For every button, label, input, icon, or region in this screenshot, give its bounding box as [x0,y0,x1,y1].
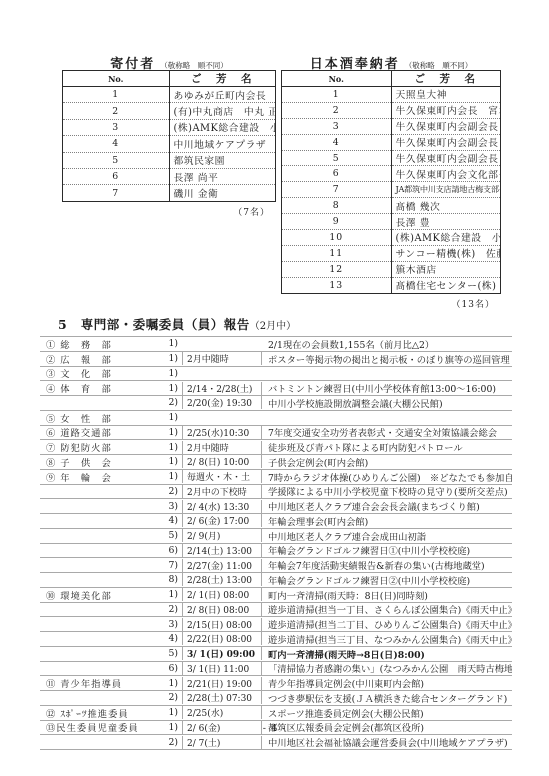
report-item-number: 1) [168,427,182,438]
report-desc-cell: 学援隊による中川小学校児童下校時の見守り(要所交差点) [262,484,512,498]
report-row: 4) 2/ 6(金) 17:00 年輪会理事会(町内会館) [40,514,512,529]
report-row: 7) 2/27(金) 11:00 年輪会7年度活動実績報告&新春の集い(古梅地蔵… [40,558,512,573]
report-row: ⑫ ｽﾎﾟｰﾂ推進委員 1) 2/25(水) スポーツ推進委員定例会(大棚公民館… [40,706,512,721]
report-dept-cell: ⑥ 道路交通部 1) [40,425,182,439]
report-date-cell: 3/ 1(日) 11:00 [182,662,262,675]
donor-name: あゆみが丘町内会長 松澤 宏 [169,87,276,103]
report-date-cell: 2/28(土) 13:00 [182,573,262,586]
report-desc-cell: 中川小学校施設開放調整会議(大棚公民館) [262,396,512,410]
sake-donor-no: 3 [282,118,392,134]
report-date-cell: 3/ 1(日) 09:00 [182,647,262,660]
report-row: 8) 2/28(土) 13:00 年輪会グランドゴルフ練習日②(中川小学校校庭) [40,573,512,588]
report-dept-cell: 2) [40,737,182,748]
sake-donor-name: 髙橋住宅センター(株) 髙橋 濟 [391,277,501,293]
sake-donor-no: 12 [282,261,392,277]
donor-row: 2 (有)中丸商店 中丸 正 [63,103,276,119]
section-title: 専門部・委嘱委員（員）報告 [81,315,250,333]
report-dept-cell: ⑪ 青少年指導員 1) [40,676,182,690]
report-dept-cell: 7) [40,560,182,571]
section-heading: 5 専門部・委嘱委員（員）報告 （2月中） [58,315,296,333]
report-row: 2) 2/28(土) 07:30 つづき夢駅伝を支援(ＪＡ横浜きた総合センターグ… [40,691,512,706]
report-item-number: 2) [168,486,182,497]
report-desc-cell: 7時からラジオ体操(ひめりんご公園) ※どなたでも参加自由 [262,470,512,484]
report-desc-cell: 年輪会理事会(町内会館) [262,514,512,528]
report-date-cell: 2月中随時 [182,441,262,454]
donor-no: 4 [63,136,170,152]
donor-row: 1 あゆみが丘町内会長 松澤 宏 [63,87,276,103]
donors-title-note: （敬称略 順不同） [160,60,228,71]
report-item-number: 1) [168,368,182,379]
report-dept-cell: 3) [40,619,182,630]
report-dept-cell: ⑤ 女 性 部 1) [40,411,182,425]
report-row: 2) 2月中の下校時 学援隊による中川小学校児童下校時の見守り(要所交差点) [40,485,512,500]
sake-donor-name: 長澤 豊 [391,214,501,230]
report-dept-label: ⑫ ｽﾎﾟｰﾂ推進委員 [46,706,129,720]
report-row: ② 広 報 部 1) 2月中随時 ポスター等掲示物の掲出と掲示板・のぼり旗等の巡… [40,352,512,367]
section-number: 5 [58,317,67,332]
report-desc-cell: 中川地区老人クラブ連合会成田山初詣 [262,529,512,543]
report-dept-cell: ④ 体 育 部 1) [40,381,182,395]
report-item-number: 1) [168,707,182,718]
report-dept-label: ③ 文 化 部 [46,366,112,380]
sake-donor-row: 7 JA都筑中川支店請地古梅支部長 長澤淳 [282,182,501,198]
report-row: ⑤ 女 性 部 1) [40,411,512,426]
sake-donor-row: 10 (株)AMK総合建設 小黒 雄治 [282,230,501,246]
report-dept-label: ⑥ 道路交通部 [46,425,112,439]
report-desc-cell: スポーツ推進委員定例会(大棚公民館) [262,706,512,720]
report-row: ⑩ 環境美化部 1) 2/ 1(日) 08:00 町内一斉清掃(雨天時：8日(日… [40,588,512,603]
report-date-cell: 2/20(金) 19:30 [182,396,262,409]
report-dept-label: ② 広 報 部 [46,352,112,366]
report-desc-cell: 7年度交通安全功労者表彰式・交通安全対策協議会総会 [262,425,512,439]
report-row: 3) 2/15(日) 08:00 遊歩道清掃(担当二丁目、ひめりんご公園集合)《… [40,617,512,632]
report-desc-cell: バトミントン練習日(中川小学校体育館13:00〜16:00) [262,381,512,395]
donor-name: (株)AMK総合建設 小黒 雄治 [169,119,276,135]
report-row: 5) 3/ 1(日) 09:00 町内一斉清掃(雨天時→8日(日)8:00) [40,647,512,662]
report-dept-cell: 4) [40,515,182,526]
report-dept-cell: 2) [40,604,182,615]
sake-donor-name: (株)AMK総合建設 小黒 雄治 [391,230,501,246]
report-dept-cell: ① 総 務 部 1) [40,337,182,351]
report-dept-cell: ⑨ 年 輪 会 1) [40,470,182,484]
report-item-number: 1) [168,383,182,394]
report-item-number: 1) [168,678,182,689]
report-desc-cell: 中川地区老人クラブ連合会会長会議(まちづくり館) [262,499,512,513]
sake-donor-no: 8 [282,198,392,214]
sake-donor-name: 髙橋 幾次 [391,198,501,214]
donor-row: 7 磯川 金衛 [63,185,276,201]
report-item-number: 1) [168,442,182,453]
report-row: ① 総 務 部 1) 2/1現在の会員数1,155名（前月比△2） [40,337,512,352]
report-item-number: 6) [168,545,182,556]
report-row: 3) 2/ 4(水) 13:30 中川地区老人クラブ連合会会長会議(まちづくり館… [40,499,512,514]
report-item-number: 5) [168,530,182,541]
sake-donor-no: 2 [282,102,392,118]
sake-donor-name: 牛久保東町内会長 宮本 毅 [391,102,501,118]
sake-donor-no: 1 [282,87,392,103]
report-item-number: 1) [168,412,182,423]
sake-donor-row: 5 牛久保東町内会副会長 浅川 弘子 [282,150,501,166]
report-row: 4) 2/22(日) 08:00 遊歩道清掃(担当三丁目、なつみかん公園集合)《… [40,632,512,647]
report-item-number: 1) [168,456,182,467]
report-item-number: 4) [168,633,182,644]
report-date-cell: 2/21(日) 19:00 [182,677,262,690]
report-row: ⑦ 防犯防火部 1) 2月中随時 徒歩班及び青パト隊による町内防犯パトロール [40,440,512,455]
page-number: - 4 - [0,723,549,734]
sake-donor-name: 牛久保東町内会副会長 川上 清 [391,118,501,134]
section-period: （2月中） [250,317,296,332]
report-date-cell: 2/14・2/28(土) [182,382,262,395]
sake-donor-name: JA都筑中川支店請地古梅支部長 長澤淳 [391,182,501,198]
donors-title-text: 寄付者 [110,53,155,72]
report-row: 2) 2/ 8(日) 08:00 遊歩道清掃(担当一丁目、さくらんぼ公園集合)《… [40,603,512,618]
report-dept-cell: 6) [40,545,182,556]
sake-donor-name: サンコー精機(株) 佐藤 滋 [391,245,501,261]
report-desc-cell: 青少年指導員定例会(中川東町内会館) [262,676,512,690]
donor-no: 5 [63,152,170,168]
sake-donor-no: 13 [282,277,392,293]
sake-donor-row: 11 サンコー精機(株) 佐藤 滋 [282,245,501,261]
sake-donor-name: 牛久保東町内会文化部長 劉 鋭 [391,166,501,182]
donors-table: 寄付者 （敬称略 順不同） No. ご 芳 名 1 あゆみが丘町内会長 松澤 宏… [62,53,276,218]
report-desc-cell: 町内一斉清掃(雨天時：8日(日)同時刻) [262,588,512,602]
report-desc-cell: 年輪会グランドゴルフ練習日②(中川小学校校庭) [262,573,512,587]
report-dept-cell: 8) [40,574,182,585]
report-desc-cell: 中川地区社会福祉協議会運営委員会(中川地域ケアプラザ) [262,735,512,749]
report-dept-cell: 2) [40,692,182,703]
report-item-number: 3) [168,501,182,512]
report-desc-cell: 徒歩班及び青パト隊による町内防犯パトロール [262,440,512,454]
report-desc-cell: 年輪会7年度活動実績報告&新春の集い(古梅地蔵堂) [262,558,512,572]
report-date-cell: 2/25(水) [182,706,262,719]
sake-donor-no: 11 [282,245,392,261]
sake-donor-name: 天照皇大神 [391,87,501,103]
donor-name: 長澤 尚平 [169,168,276,184]
sake-donors-table: 日本酒奉納者 （敬称略 順不同） No. ご 芳 名 1 天照皇大神 2 牛久保… [281,53,501,310]
sake-header-row: No. ご 芳 名 [282,71,501,87]
donor-name: 都筑民家園 [169,152,276,168]
report-date-cell: 2/ 6(金) 17:00 [182,514,262,527]
report-dept-label: ⑦ 防犯防火部 [46,440,112,454]
report-date-cell: 2/22(日) 08:00 [182,632,262,645]
report-date-cell: 2/ 1(日) 08:00 [182,588,262,601]
report-dept-cell: ⑧ 子 供 会 1) [40,455,182,469]
report-desc-cell: 遊歩道清掃(担当一丁目、さくらんぼ公園集合)《雨天中止》 [262,602,512,616]
report-dept-label: ① 総 務 部 [46,337,112,351]
report-desc-cell: 町内一斉清掃(雨天時→8日(日)8:00) [262,647,512,661]
sake-donor-row: 8 髙橋 幾次 [282,198,501,214]
report-date-cell: 2/28(土) 07:30 [182,691,262,704]
sake-donor-row: 1 天照皇大神 [282,87,501,103]
sake-donor-name: 牛久保東町内会副会長 髙橋 濟 [391,134,501,150]
sake-donor-row: 6 牛久保東町内会文化部長 劉 鋭 [282,166,501,182]
report-dept-cell: 2) [40,486,182,497]
report-dept-label: ⑤ 女 性 部 [46,411,112,425]
sake-title-text: 日本酒奉納者 [310,53,400,72]
sake-donor-no: 6 [282,166,392,182]
report-desc-cell: 遊歩道清掃(担当三丁目、なつみかん公園集合)《雨天中止》 [262,632,512,646]
donor-name: 磯川 金衛 [169,185,276,201]
report-desc-cell: 2/1現在の会員数1,155名（前月比△2） [262,337,512,351]
report-item-number: 2) [168,604,182,615]
report-dept-label: ④ 体 育 部 [46,381,112,395]
report-date-cell: 2/ 4(水) 13:30 [182,500,262,513]
donor-no: 1 [63,87,170,103]
sake-donor-no: 4 [282,134,392,150]
report-item-number: 1) [168,338,182,349]
sake-donor-name: 簱木酒店 [391,261,501,277]
report-desc-cell: 遊歩道清掃(担当二丁目、ひめりんご公園集合)《雨天中止》 [262,617,512,631]
report-dept-label: ⑨ 年 輪 会 [46,470,112,484]
report-row: ⑨ 年 輪 会 1) 毎週火・木・土 7時からラジオ体操(ひめりんご公園) ※ど… [40,470,512,485]
sake-donor-no: 9 [282,214,392,230]
report-row: 5) 2/ 9(月) 中川地区老人クラブ連合会成田山初詣 [40,529,512,544]
report-dept-label: ⑪ 青少年指導員 [46,676,122,690]
sake-donor-row: 9 長澤 豊 [282,214,501,230]
donor-row: 5 都筑民家園 [63,152,276,168]
donor-no: 7 [63,185,170,201]
report-item-number: 1) [168,589,182,600]
report-desc-cell: ポスター等掲示物の掲出と掲示板・のぼり旗等の巡回管理 [262,352,512,366]
report-row: 2) 2/ 7(土) 中川地区社会福祉協議会運営委員会(中川地域ケアプラザ) [40,735,512,750]
sake-donor-row: 4 牛久保東町内会副会長 髙橋 濟 [282,134,501,150]
report-item-number: 3) [168,619,182,630]
report-date-cell: 2/ 8(日) 08:00 [182,603,262,616]
report-dept-cell: ⑩ 環境美化部 1) [40,588,182,602]
sake-col-name: ご 芳 名 [391,71,501,87]
report-date-cell: 2/ 7(土) [182,736,262,749]
sake-col-no: No. [282,71,392,87]
report-item-number: 2) [168,397,182,408]
report-dept-cell: ② 広 報 部 1) [40,352,182,366]
sake-donor-no: 7 [282,182,392,198]
donor-row: 3 (株)AMK総合建設 小黒 雄治 [63,119,276,135]
report-row: 2) 2/20(金) 19:30 中川小学校施設開放調整会議(大棚公民館) [40,396,512,411]
sake-donor-no: 5 [282,150,392,166]
report-item-number: 7) [168,560,182,571]
report-dept-cell: 5) [40,648,182,659]
donors-grid: No. ご 芳 名 1 あゆみが丘町内会長 松澤 宏 2 (有)中丸商店 中丸 … [62,70,276,202]
sake-donor-row: 3 牛久保東町内会副会長 川上 清 [282,118,501,134]
report-dept-cell: ③ 文 化 部 1) [40,366,182,380]
report-dept-label: ⑩ 環境美化部 [46,588,112,602]
report-row: ⑧ 子 供 会 1) 2/ 8(日) 10:00 子供会定例会(町内会館) [40,455,512,470]
donor-name: 中川地域ケアプラザ [169,136,276,152]
report-date-cell: 2/15(日) 08:00 [182,618,262,631]
report-dept-cell: 2) [40,397,182,408]
sake-count: （13名） [281,297,501,310]
report-row: ③ 文 化 部 1) [40,367,512,382]
report-row: ⑪ 青少年指導員 1) 2/21(日) 19:00 青少年指導員定例会(中川東町… [40,676,512,691]
report-row: ⑥ 道路交通部 1) 2/25(水)10:30 7年度交通安全功労者表彰式・交通… [40,426,512,441]
report-item-number: 2) [168,737,182,748]
report-dept-cell: 3) [40,501,182,512]
document-page: 寄付者 （敬称略 順不同） No. ご 芳 名 1 あゆみが丘町内会長 松澤 宏… [0,0,549,776]
report-row: ④ 体 育 部 1) 2/14・2/28(土) バトミントン練習日(中川小学校体… [40,381,512,396]
report-desc-cell: 「清掃協力者感謝の集い」(なつみかん公園 雨天時古梅地蔵堂) [262,661,512,675]
report-item-number: 1) [168,471,182,482]
donor-name: (有)中丸商店 中丸 正 [169,103,276,119]
report-dept-cell: ⑫ ｽﾎﾟｰﾂ推進委員 1) [40,706,182,720]
report-date-cell: 2月中随時 [182,352,262,365]
report-dept-cell: 4) [40,633,182,644]
report-dept-cell: ⑦ 防犯防火部 1) [40,440,182,454]
report-item-number: 8) [168,574,182,585]
donor-no: 6 [63,168,170,184]
donors-col-no: No. [63,71,170,87]
donors-header-row: No. ご 芳 名 [63,71,276,87]
report-row: 6) 2/14(土) 13:00 年輪会グランドゴルフ練習日①(中川小学校校庭) [40,544,512,559]
sake-grid: No. ご 芳 名 1 天照皇大神 2 牛久保東町内会長 宮本 毅 3 牛久保東… [281,70,501,294]
donor-row: 6 長澤 尚平 [63,168,276,184]
donor-no: 3 [63,119,170,135]
report-dept-cell: 6) [40,663,182,674]
sake-title-note: （敬称略 順不同） [405,60,473,71]
report-item-number: 5) [168,648,182,659]
donor-row: 4 中川地域ケアプラザ [63,136,276,152]
donor-no: 2 [63,103,170,119]
report-item-number: 6) [168,663,182,674]
report-desc-cell: 年輪会グランドゴルフ練習日①(中川小学校校庭) [262,543,512,557]
sake-donor-no: 10 [282,230,392,246]
sake-donor-row: 13 髙橋住宅センター(株) 髙橋 濟 [282,277,501,293]
report-table: ① 総 務 部 1) 2/1現在の会員数1,155名（前月比△2） ② 広 報 … [40,336,512,750]
donors-title: 寄付者 （敬称略 順不同） [62,53,276,70]
report-row: 6) 3/ 1(日) 11:00 「清掃協力者感謝の集い」(なつみかん公園 雨天… [40,662,512,677]
report-dept-cell: 5) [40,530,182,541]
donors-count: （7名） [62,205,276,218]
sake-title: 日本酒奉納者 （敬称略 順不同） [281,53,501,70]
report-date-cell: 2/25(水)10:30 [182,426,262,439]
donors-col-name: ご 芳 名 [169,71,276,87]
report-item-number: 1) [168,353,182,364]
report-desc-cell: つづき夢駅伝を支援(ＪＡ横浜きた総合センターグランド) [262,691,512,705]
report-item-number: 4) [168,515,182,526]
report-date-cell: 2/ 9(月) [182,529,262,542]
sake-donor-row: 2 牛久保東町内会長 宮本 毅 [282,102,501,118]
sake-donor-row: 12 簱木酒店 [282,261,501,277]
report-date-cell: 2/27(金) 11:00 [182,559,262,572]
report-date-cell: 毎週火・木・土 [182,470,262,483]
report-date-cell: 2/14(土) 13:00 [182,544,262,557]
report-date-cell: 2月中の下校時 [182,485,262,498]
report-desc-cell: 子供会定例会(町内会館) [262,455,512,469]
report-item-number: 2) [168,692,182,703]
report-date-cell: 2/ 8(日) 10:00 [182,455,262,468]
sake-donor-name: 牛久保東町内会副会長 浅川 弘子 [391,150,501,166]
report-dept-label: ⑧ 子 供 会 [46,455,112,469]
